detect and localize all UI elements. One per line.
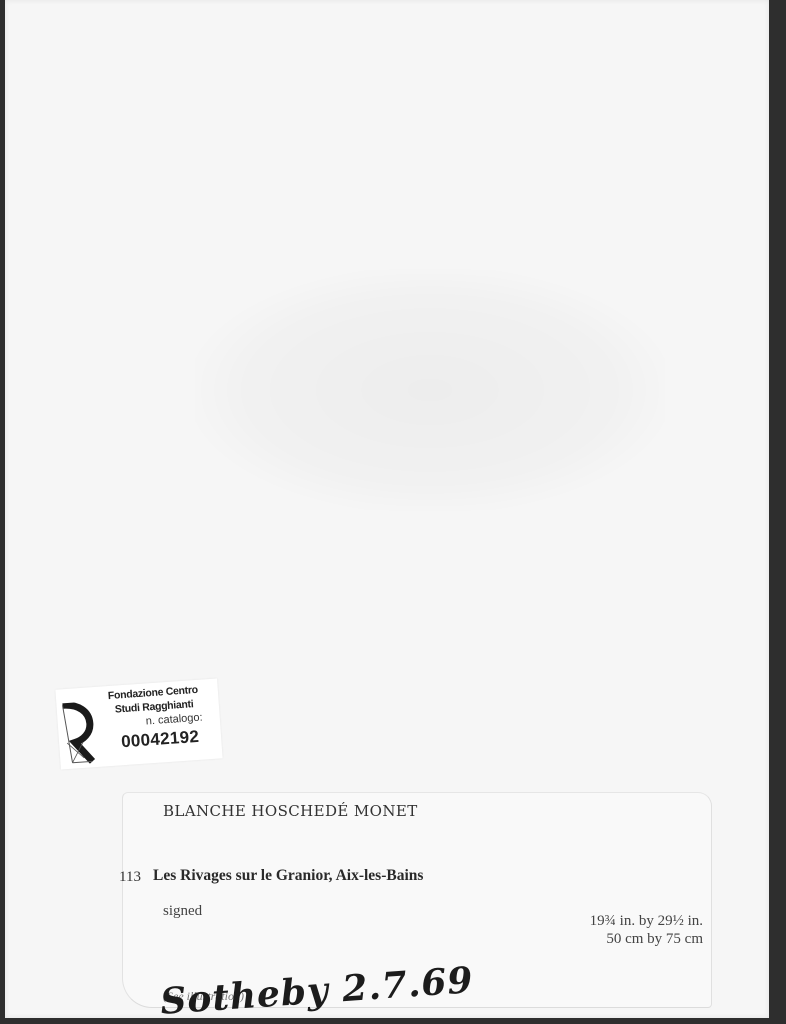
archive-label: Fondazione Centro Studi Ragghianti n. ca…: [55, 678, 222, 769]
dimensions-inches: 19¾ in. by 29½ in.: [590, 913, 703, 930]
artwork-title: Les Rivages sur le Granior, Aix-les-Bain…: [153, 867, 423, 885]
dimensions-cm: 50 cm by 75 cm: [606, 931, 703, 948]
label-catalog-number: 00042192: [121, 727, 200, 752]
show-through-image: [195, 270, 665, 510]
inscription: signed: [163, 903, 202, 920]
lot-number: 113: [119, 869, 141, 886]
artist-name: BLANCHE HOSCHEDÉ MONET: [163, 802, 418, 820]
ragghianti-r-logo-icon: [58, 701, 98, 765]
label-catalog-caption: n. catalogo:: [145, 712, 203, 728]
